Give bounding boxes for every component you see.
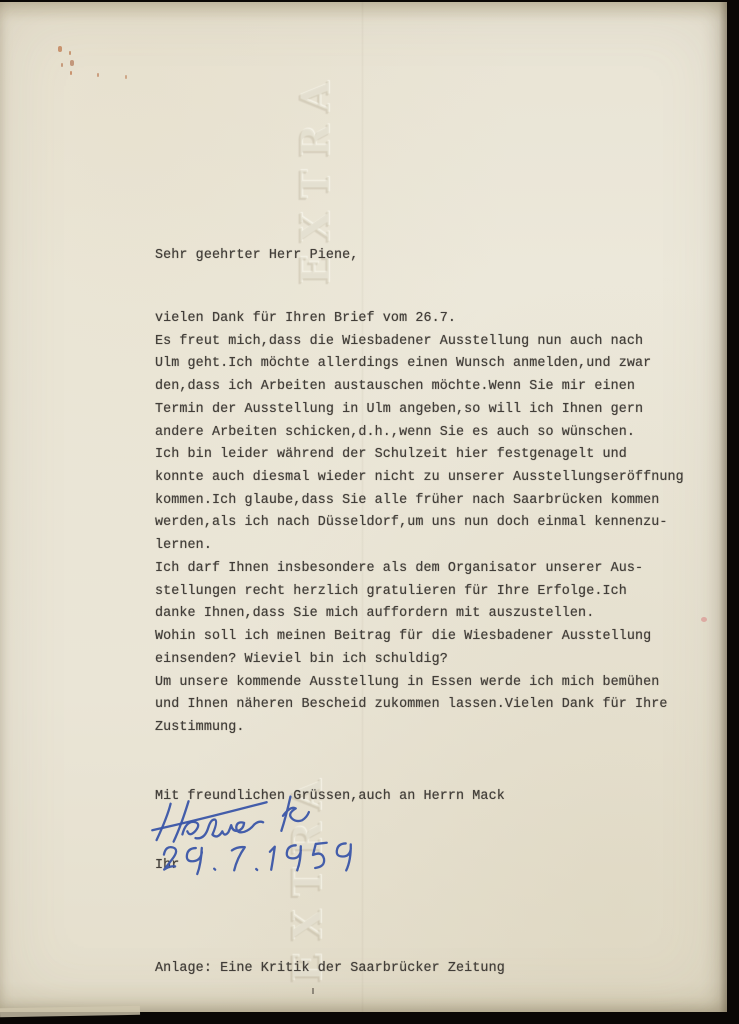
body-line: kommen.Ich glaube,dass Sie alle früher n… bbox=[155, 490, 684, 513]
body-line: einsenden? Wieviel bin ich schuldig? bbox=[155, 649, 684, 672]
body-line: und Ihnen näheren Bescheid zukommen lass… bbox=[155, 694, 684, 717]
body-line: Zustimmung. bbox=[155, 717, 684, 740]
body-line: Wohin soll ich meinen Beitrag für die Wi… bbox=[155, 626, 684, 649]
body-line: vielen Dank für Ihren Brief vom 26.7. bbox=[155, 308, 684, 331]
handwritten-date: 29. 7. 1959 bbox=[156, 839, 357, 878]
letter-body: vielen Dank für Ihren Brief vom 26.7.Es … bbox=[155, 308, 684, 740]
body-line: lernen. bbox=[155, 535, 684, 558]
body-line: Es freut mich,dass die Wiesbadener Ausst… bbox=[155, 331, 684, 354]
scanned-letter-screenshot: { "letter": { "greeting": "Sehr geehrter… bbox=[0, 0, 739, 1024]
pink-smudge bbox=[701, 617, 707, 622]
stray-type-speck bbox=[312, 988, 314, 994]
body-line: Ich darf Ihnen insbesondere als dem Orga… bbox=[155, 558, 684, 581]
body-line: Ich bin leider während der Schulzeit hie… bbox=[155, 444, 684, 467]
body-line: Um unsere kommende Ausstellung in Essen … bbox=[155, 672, 684, 695]
letter-paper: EXTRA EXTRA Sehr geehrter Herr Piene, vi… bbox=[0, 2, 727, 1012]
page-corner-sliver bbox=[0, 1006, 140, 1017]
date-ink-strokes bbox=[156, 839, 357, 878]
greeting-line: Sehr geehrter Herr Piene, bbox=[155, 245, 358, 268]
body-line: den,dass ich Arbeiten austauschen möchte… bbox=[155, 376, 684, 399]
rust-stain bbox=[58, 46, 62, 52]
body-line: konnte auch diesmal wieder nicht zu unse… bbox=[155, 467, 684, 490]
body-line: Ulm geht.Ich möchte allerdings einen Wun… bbox=[155, 353, 684, 376]
body-line: Termin der Ausstellung in Ulm angeben,so… bbox=[155, 399, 684, 422]
body-line: andere Arbeiten schicken,d.h.,wenn Sie e… bbox=[155, 422, 684, 445]
enclosure-line: Anlage: Eine Kritik der Saarbrücker Zeit… bbox=[155, 958, 505, 981]
signature-ink-strokes bbox=[148, 790, 324, 847]
signature-handwriting: Holweck bbox=[148, 790, 324, 847]
body-line: danke Ihnen,dass Sie mich auffordern mit… bbox=[155, 603, 684, 626]
body-line: stellungen recht herzlich gratulieren fü… bbox=[155, 581, 684, 604]
body-line: werden,als ich nach Düsseldorf,um uns nu… bbox=[155, 512, 684, 535]
